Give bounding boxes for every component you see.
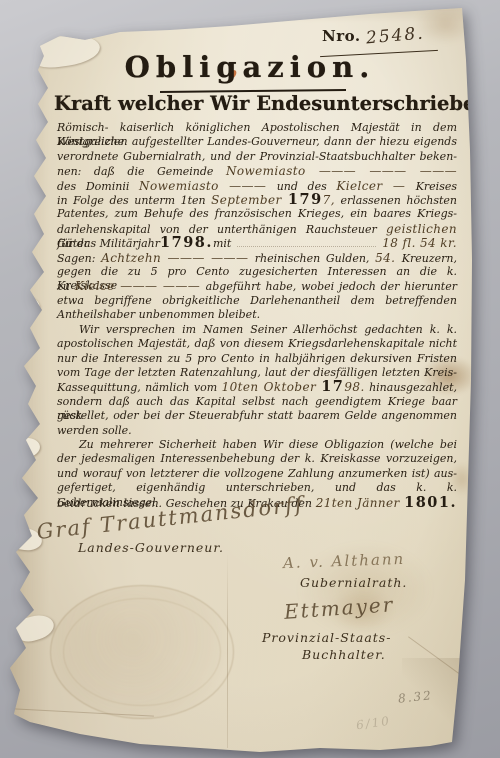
paper-shadow-wrapper: Nro. 2548. Obligazion. Kraft welcher Wir… — [0, 0, 500, 758]
photo-background: Nro. 2548. Obligazion. Kraft welcher Wir… — [0, 0, 500, 758]
paper-vignette — [0, 0, 500, 758]
paper-sheet: Nro. 2548. Obligazion. Kraft welcher Wir… — [0, 0, 500, 758]
